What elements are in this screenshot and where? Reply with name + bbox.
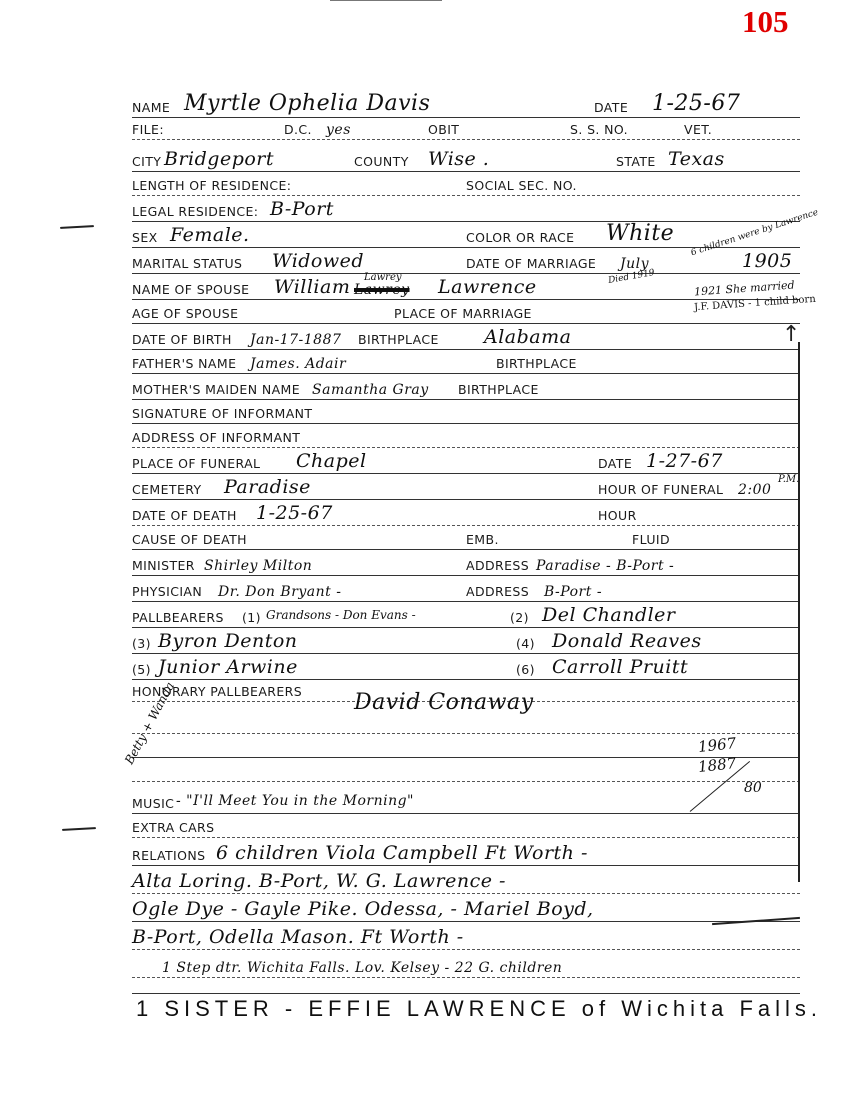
date-label: DATE xyxy=(594,100,628,115)
funeral-place-label: PLACE OF FUNERAL xyxy=(132,456,260,471)
father-name-label: FATHER'S NAME xyxy=(132,356,236,371)
residence-row: LENGTH OF RESIDENCE: SOCIAL SEC. NO. xyxy=(132,172,800,196)
marriage-date-label: DATE OF MARRIAGE xyxy=(466,256,596,271)
informant-signature-row: SIGNATURE OF INFORMANT xyxy=(132,400,800,424)
birthplace-label: BIRTHPLACE xyxy=(358,332,439,347)
birth-row: DATE OF BIRTH Jan-17-1887 BIRTHPLACE Ala… xyxy=(132,324,800,350)
race-value: White xyxy=(606,221,674,246)
physician-address-label: ADDRESS xyxy=(466,584,529,599)
race-label: COLOR OR RACE xyxy=(466,230,574,245)
funeral-place-value: Chapel xyxy=(296,450,367,472)
music-row: MUSIC - "I'll Meet You in the Morning" xyxy=(132,782,800,814)
legal-residence-value: B-Port xyxy=(270,198,334,220)
pallbearer-name-4: Donald Reaves xyxy=(552,630,702,652)
physician-address-value: B-Port - xyxy=(544,584,602,600)
relations-label: RELATIONS xyxy=(132,848,205,863)
spouse-surname: Lawrence xyxy=(438,276,537,298)
place-marriage-label: PLACE OF MARRIAGE xyxy=(394,306,532,321)
relations-line-row: B-Port, Odella Mason. Ft Worth - xyxy=(132,922,800,950)
birthplace-value: Alabama xyxy=(484,326,571,348)
pallbearer-name-1: Grandsons - Don Evans - xyxy=(266,608,416,622)
spouse-name-label: NAME OF SPOUSE xyxy=(132,282,249,297)
pallbearers-label: PALLBEARERS xyxy=(132,610,224,625)
death-date-row: DATE OF DEATH 1-25-67 HOUR xyxy=(132,500,800,526)
minister-label: MINISTER xyxy=(132,558,195,573)
pallbearer-num-3: (3) xyxy=(132,636,151,651)
cause-row: CAUSE OF DEATH EMB. FLUID xyxy=(132,526,800,550)
music-label: MUSIC xyxy=(132,796,174,811)
pallbearer-num-4: (4) xyxy=(516,636,535,651)
social-sec-label: SOCIAL SEC. NO. xyxy=(466,178,577,193)
margin-mark xyxy=(60,225,94,229)
relations-line-row: Alta Loring. B-Port, W. G. Lawrence - xyxy=(132,866,800,894)
relations-line-row: Ogle Dye - Gayle Pike. Odessa, - Mariel … xyxy=(132,894,800,922)
age-spouse-label: AGE OF SPOUSE xyxy=(132,306,238,321)
death-date-label: DATE OF DEATH xyxy=(132,508,237,523)
margin-mark xyxy=(62,827,96,831)
city-row: CITY Bridgeport COUNTY Wise . STATE Texa… xyxy=(132,146,800,172)
funeral-hour-suffix: P.M. xyxy=(778,474,799,485)
relations-line-3: Ogle Dye - Gayle Pike. Odessa, - Mariel … xyxy=(132,898,594,920)
relations-line-5: 1 Step dtr. Wichita Falls. Lov. Kelsey -… xyxy=(162,960,562,976)
sex-label: SEX xyxy=(132,230,158,245)
father-birthplace-label: BIRTHPLACE xyxy=(496,356,577,371)
music-value: - "I'll Meet You in the Morning" xyxy=(176,793,414,809)
funeral-hour-label: HOUR OF FUNERAL xyxy=(598,482,723,497)
pallbearer-num-6: (6) xyxy=(516,662,535,677)
pallbearers-row-3: (5) Junior Arwine (6) Carroll Pruitt xyxy=(132,654,800,680)
state-label: STATE xyxy=(616,154,656,169)
extra-cars-row: EXTRA CARS xyxy=(132,814,800,838)
death-hour-label: HOUR xyxy=(598,508,637,523)
cemetery-label: CEMETERY xyxy=(132,482,202,497)
emb-label: EMB. xyxy=(466,532,499,547)
pallbearer-num-2: (2) xyxy=(510,610,529,625)
state-value: Texas xyxy=(668,148,725,170)
city-label: CITY xyxy=(132,154,161,169)
funeral-place-row: PLACE OF FUNERAL Chapel DATE 1-27-67 xyxy=(132,448,800,474)
informant-signature-label: SIGNATURE OF INFORMANT xyxy=(132,406,312,421)
funeral-hour-value: 2:00 xyxy=(738,482,771,498)
birth-date-value: Jan-17-1887 xyxy=(250,332,341,348)
informant-address-label: ADDRESS OF INFORMANT xyxy=(132,430,300,445)
honorary-pallbearers-row: HONORARY PALLBEARERS David Conaway xyxy=(132,680,800,702)
pallbearer-name-3: Byron Denton xyxy=(158,630,298,652)
pallbearer-name-6: Carroll Pruitt xyxy=(552,656,688,678)
minister-row: MINISTER Shirley Milton ADDRESS Paradise… xyxy=(132,550,800,576)
mother-row: MOTHER'S MAIDEN NAME Samantha Gray BIRTH… xyxy=(132,374,800,400)
vet-label: VET. xyxy=(684,122,712,137)
spouse-correction: Lawrey xyxy=(364,272,402,283)
length-residence-label: LENGTH OF RESIDENCE: xyxy=(132,178,291,193)
relations-line-4: B-Port, Odella Mason. Ft Worth - xyxy=(132,926,464,948)
mother-name-value: Samantha Gray xyxy=(312,382,429,398)
birth-date-label: DATE OF BIRTH xyxy=(132,332,232,347)
informant-address-row: ADDRESS OF INFORMANT xyxy=(132,424,800,448)
spouse-first-name: William xyxy=(274,276,350,298)
fluid-label: FLUID xyxy=(632,532,670,547)
marital-status-label: MARITAL STATUS xyxy=(132,256,242,271)
extra-cars-label: EXTRA CARS xyxy=(132,820,214,835)
pallbearer-num-1: (1) xyxy=(242,610,261,625)
sex-race-row: SEX Female. COLOR OR RACE White xyxy=(132,222,800,248)
county-value: Wise . xyxy=(428,148,489,170)
relations-line-1: 6 children Viola Campbell Ft Worth - xyxy=(216,842,588,864)
legal-residence-row: LEGAL RESIDENCE: B-Port xyxy=(132,196,800,222)
name-value: Myrtle Ophelia Davis xyxy=(184,91,430,116)
county-label: COUNTY xyxy=(354,154,409,169)
city-value: Bridgeport xyxy=(164,148,274,170)
name-label: NAME xyxy=(132,100,170,115)
name-row: NAME Myrtle Ophelia Davis DATE 1-25-67 xyxy=(132,92,800,118)
father-name-value: James. Adair xyxy=(250,356,346,372)
marriage-year: 1905 xyxy=(742,250,792,272)
blank-line xyxy=(132,702,800,734)
bracket-line xyxy=(798,342,800,882)
physician-label: PHYSICIAN xyxy=(132,584,202,599)
physician-value: Dr. Don Bryant - xyxy=(218,584,341,600)
dc-label: D.C. xyxy=(284,122,312,137)
obit-label: OBIT xyxy=(428,122,459,137)
sex-value: Female. xyxy=(170,224,250,246)
pallbearer-name-5: Junior Arwine xyxy=(158,656,298,678)
ss-no-label: S. S. NO. xyxy=(570,122,628,137)
date-value: 1-25-67 xyxy=(652,91,740,116)
relations-row: RELATIONS 6 children Viola Campbell Ft W… xyxy=(132,838,800,866)
death-date-value: 1-25-67 xyxy=(256,502,333,524)
marital-status-value: Widowed xyxy=(272,250,364,272)
spouse-strikeout: Lawrey xyxy=(354,282,410,298)
minister-address-label: ADDRESS xyxy=(466,558,529,573)
pallbearer-name-2: Del Chandler xyxy=(542,604,676,626)
file-label: FILE: xyxy=(132,122,164,137)
father-row: FATHER'S NAME James. Adair BIRTHPLACE xyxy=(132,350,800,374)
relations-line-2: Alta Loring. B-Port, W. G. Lawrence - xyxy=(132,870,506,892)
mother-name-label: MOTHER'S MAIDEN NAME xyxy=(132,382,300,397)
blank-line xyxy=(132,978,800,994)
pallbearers-row-1: PALLBEARERS (1) Grandsons - Don Evans - … xyxy=(132,602,800,628)
pallbearers-row-2: (3) Byron Denton (4) Donald Reaves xyxy=(132,628,800,654)
funeral-date-label: DATE xyxy=(598,456,632,471)
sister-line: 1 SISTER - EFFIE LAWRENCE of Wichita Fal… xyxy=(136,996,822,1022)
minister-address-value: Paradise - B-Port - xyxy=(536,558,674,574)
funeral-date-value: 1-27-67 xyxy=(646,450,723,472)
dc-value: yes xyxy=(326,122,351,138)
relations-line-row: 1 Step dtr. Wichita Falls. Lov. Kelsey -… xyxy=(132,950,800,978)
funeral-record-form: NAME Myrtle Ophelia Davis DATE 1-25-67 F… xyxy=(132,0,800,1100)
physician-row: PHYSICIAN Dr. Don Bryant - ADDRESS B-Por… xyxy=(132,576,800,602)
cause-death-label: CAUSE OF DEATH xyxy=(132,532,247,547)
pallbearer-num-5: (5) xyxy=(132,662,151,677)
legal-residence-label: LEGAL RESIDENCE: xyxy=(132,204,258,219)
minister-value: Shirley Milton xyxy=(204,558,312,574)
cemetery-value: Paradise xyxy=(224,476,311,498)
mother-birthplace-label: BIRTHPLACE xyxy=(458,382,539,397)
file-row: FILE: D.C. yes OBIT S. S. NO. VET. xyxy=(132,118,800,140)
cemetery-row: CEMETERY Paradise HOUR OF FUNERAL 2:00 P… xyxy=(132,474,800,500)
